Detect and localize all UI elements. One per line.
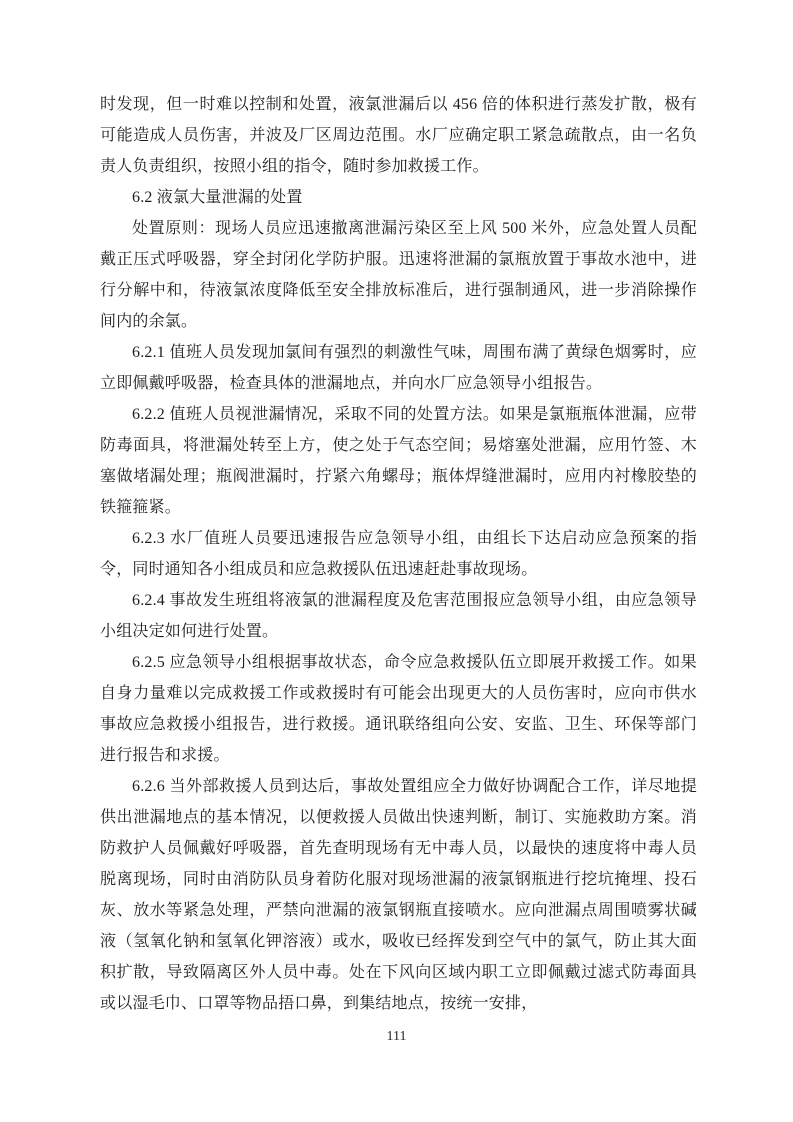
page-body: 时发现，但一时难以控制和处置，液氯泄漏后以 456 倍的体积进行蒸发扩散，极有可… [100,89,697,1019]
paragraph-6-2-6: 6.2.6 当外部救援人员到达后，事故处置组应全力做好协调配合工作，详尽地提供出… [100,771,697,1019]
paragraph-principle: 处置原则：现场人员应迅速撤离泄漏污染区至上风 500 米外，应急处置人员配戴正压… [100,213,697,337]
paragraph-6-2-4: 6.2.4 事故发生班组将液氯的泄漏程度及危害范围报应急领导小组，由应急领导小组… [100,585,697,647]
section-heading-6-2: 6.2 液氯大量泄漏的处置 [100,182,697,213]
paragraph-6-2-5: 6.2.5 应急领导小组根据事故状态，命令应急救援队伍立即展开救援工作。如果自身… [100,647,697,771]
page-number: 111 [0,1028,793,1046]
paragraph-continuation: 时发现，但一时难以控制和处置，液氯泄漏后以 456 倍的体积进行蒸发扩散，极有可… [100,89,697,182]
paragraph-6-2-3: 6.2.3 水厂值班人员要迅速报告应急领导小组，由组长下达启动应急预案的指令，同… [100,523,697,585]
paragraph-6-2-2: 6.2.2 值班人员视泄漏情况，采取不同的处置方法。如果是氯瓶瓶体泄漏，应带防毒… [100,399,697,523]
paragraph-6-2-1: 6.2.1 值班人员发现加氯间有强烈的刺激性气味，周围布满了黄绿色烟雾时，应立即… [100,337,697,399]
document-page: 时发现，但一时难以控制和处置，液氯泄漏后以 456 倍的体积进行蒸发扩散，极有可… [0,0,793,1122]
